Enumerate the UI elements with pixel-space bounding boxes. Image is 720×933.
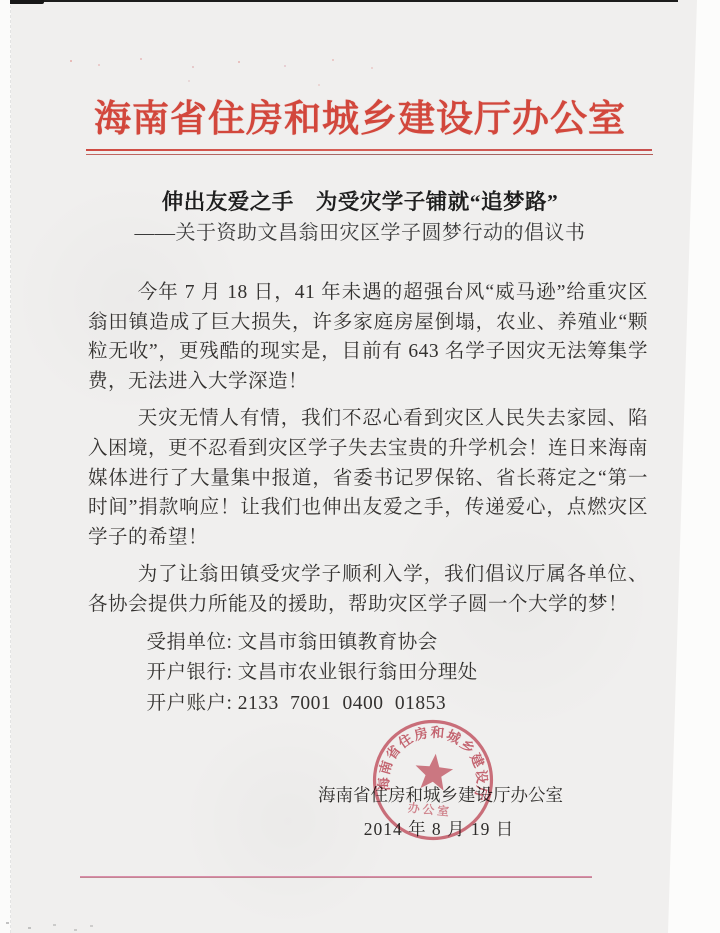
bank-value: 文昌市农业银行翁田分理处 — [238, 662, 478, 683]
document-title: 伸出友爱之手 为受灾学子铺就“追梦路” — [0, 185, 720, 216]
account-line: 开户账户: 2133 7001 0400 01853 — [88, 689, 648, 720]
bank-line: 开户银行: 文昌市农业银行翁田分理处 — [88, 658, 648, 689]
seal-bottom-text: 办公室 — [407, 801, 452, 820]
body-paragraph: 天灾无情人有情，我们不忍心看到灾区人民失去家园、陷入困境，更不忍看到灾区学子失去… — [88, 404, 648, 552]
letterhead-rule-bottom — [86, 154, 653, 155]
donation-recipient-value: 文昌市翁田镇教育协会 — [238, 632, 438, 653]
donation-recipient-label: 受捐单位: — [147, 632, 238, 653]
official-seal: 海南省住房和城乡建设厅 办公室 — [360, 707, 505, 852]
body-paragraph: 今年 7 月 18 日，41 年未遇的超强台风“威马逊”给重灾区翁田镇造成了巨大… — [88, 278, 648, 396]
body-paragraph: 为了让翁田镇受灾学子顺利入学，我们倡议厅属各单位、各协会提供力所能及的援助，帮助… — [88, 560, 648, 619]
scan-artifact-red-speckles — [70, 60, 72, 62]
letterhead-title: 海南省住房和城乡建设厅办公室 — [0, 88, 720, 142]
letterhead-rule-top — [86, 149, 652, 151]
scan-artifact-top-line — [10, 0, 678, 2]
account-label: 开户账户: — [147, 693, 238, 714]
donation-recipient-line: 受捐单位: 文昌市翁田镇教育协会 — [88, 628, 648, 659]
scan-artifact-pink-line — [80, 876, 592, 878]
bank-label: 开户银行: — [147, 662, 238, 683]
scan-artifact-top-corner — [10, 0, 44, 4]
scanned-document-page: 海南省住房和城乡建设厅办公室 伸出友爱之手 为受灾学子铺就“追梦路” ——关于资… — [0, 0, 720, 933]
document-body: 今年 7 月 18 日，41 年未遇的超强台风“威马逊”给重灾区翁田镇造成了巨大… — [88, 278, 648, 720]
document-subtitle: ——关于资助文昌翁田灾区学子圆梦行动的倡议书 — [0, 216, 720, 245]
scan-artifact-bottom-speckles — [6, 922, 9, 924]
seal-star-icon — [413, 752, 454, 792]
